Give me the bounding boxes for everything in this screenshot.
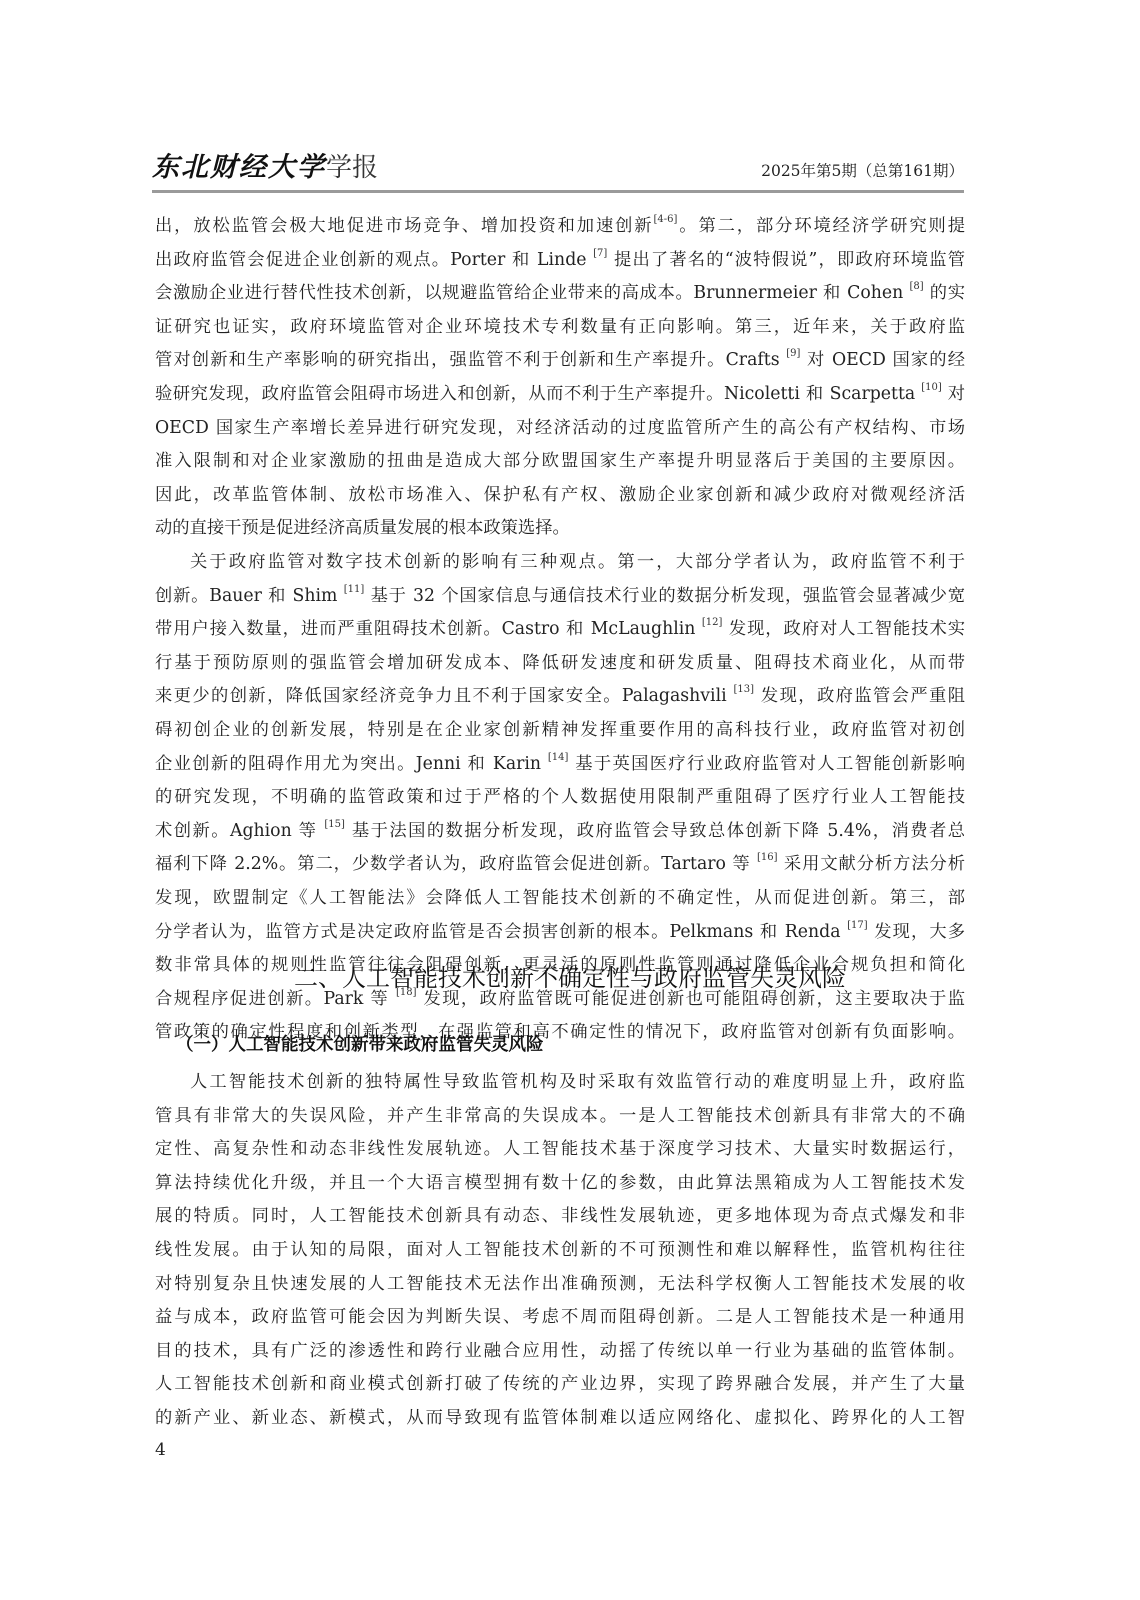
text-segment: 福利下降 2.2%。第二，少数学者认为，政府监管会促进创新。Tartaro 等: [155, 854, 757, 874]
section-heading: 二、人工智能技术创新不确定性与政府监管失灵风险: [0, 958, 1140, 998]
text-line: 术创新。Aghion 等 [15] 基于法国的数据分析发现，政府监管会导致总体创…: [155, 814, 965, 848]
text-segment: 定性、高复杂性和动态非线性发展轨迹。人工智能技术基于深度学习技术、大量实时数据运…: [155, 1139, 965, 1159]
text-line: 的研究发现，不明确的监管政策和过于严格的个人数据使用限制严重阻碍了医疗行业人工智…: [155, 780, 965, 814]
citation-ref: [9]: [786, 348, 800, 359]
text-segment: 基于英国医疗行业政府监管对人工智能创新影响: [568, 754, 965, 774]
text-line: 人工智能技术创新的独特属性导致监管机构及时采取有效监管行动的难度明显上升，政府监: [190, 1065, 965, 1099]
text-segment: 验研究发现，政府监管会阻碍市场进入和创新，从而不利于生产率提升。Nicolett…: [155, 384, 921, 404]
text-line: 管具有非常大的失误风险，并产生非常高的失误成本。一是人工智能技术创新具有非常大的…: [155, 1099, 965, 1133]
text-segment: 线性发展。由于认知的局限，面对人工智能技术创新的不可预测性和难以解释性，监管机构…: [155, 1240, 965, 1260]
citation-ref: [4-6]: [653, 214, 677, 225]
text-line: 准入限制和对企业家激励的扭曲是造成大部分欧盟国家生产率提升明显落后于美国的主要原…: [155, 444, 965, 478]
text-segment: 准入限制和对企业家激励的扭曲是造成大部分欧盟国家生产率提升明显落后于美国的主要原…: [155, 451, 965, 471]
running-header: 东北财经大学学报 2025年第5期（总第161期）: [152, 150, 964, 190]
text-segment: 。第二，部分环境经济学研究则提: [677, 216, 965, 236]
text-line: 因此，改革监管体制、放松市场准入、保护私有产权、激励企业家创新和减少政府对微观经…: [155, 478, 965, 512]
journal-logo: 东北财经大学学报: [152, 150, 378, 186]
text-line: 出政府监管会促进企业创新的观点。Porter 和 Linde [7] 提出了著名…: [155, 243, 965, 277]
text-segment: 发现，政府对人工智能技术实: [722, 619, 965, 639]
citation-ref: [7]: [593, 248, 607, 259]
subsection-heading: （一）人工智能技术创新带来政府监管失灵风险: [176, 1030, 544, 1060]
text-segment: 发现，大多: [868, 922, 965, 942]
text-line: 展的特质。同时，人工智能技术创新具有动态、非线性发展轨迹，更多地体现为奇点式爆发…: [155, 1199, 965, 1233]
text-line: 福利下降 2.2%。第二，少数学者认为，政府监管会促进创新。Tartaro 等 …: [155, 847, 965, 881]
page-number: 4: [155, 1437, 166, 1463]
text-segment: 发现，政府监管会严重阻: [754, 686, 965, 706]
text-segment: 出，放松监管会极大地促进市场竞争、增加投资和加速创新: [155, 216, 653, 236]
citation-ref: [17]: [847, 920, 868, 931]
text-segment: 对 OECD 国家的经: [800, 350, 965, 370]
text-segment: 人工智能技术创新和商业模式创新打破了传统的产业边界，实现了跨界融合发展，并产生了…: [155, 1374, 965, 1394]
text-line: 验研究发现，政府监管会阻碍市场进入和创新，从而不利于生产率提升。Nicolett…: [155, 377, 965, 411]
text-segment: 来更少的创新，降低国家经济竞争力且不利于国家安全。Palagashvili: [155, 686, 734, 706]
citation-ref: [14]: [548, 752, 569, 763]
journal-name-calligraphy: 东北财经大学: [152, 152, 326, 183]
text-segment: 管具有非常大的失误风险，并产生非常高的失误成本。一是人工智能技术创新具有非常大的…: [155, 1106, 965, 1126]
text-segment: 算法持续优化升级，并且一个大语言模型拥有数十亿的参数，由此算法黑箱成为人工智能技…: [155, 1173, 965, 1193]
text-segment: OECD 国家生产率增长差异进行研究发现，对经济活动的过度监管所产生的高公有产权…: [155, 418, 965, 438]
text-line: 创新。Bauer 和 Shim [11] 基于 32 个国家信息与通信技术行业的…: [155, 579, 965, 613]
citation-ref: [8]: [909, 281, 923, 292]
text-segment: 对特别复杂且快速发展的人工智能技术无法作出准确预测，无法科学权衡人工智能技术发展…: [155, 1274, 965, 1294]
text-segment: 的研究发现，不明确的监管政策和过于严格的个人数据使用限制严重阻碍了医疗行业人工智…: [155, 787, 965, 807]
text-segment: 证研究也证实，政府环境监管对企业环境技术专利数量有正向影响。第三，近年来，关于政…: [155, 317, 965, 337]
citation-ref: [12]: [702, 617, 723, 628]
text-segment: 分学者认为，监管方式是决定政府监管是否会损害创新的根本。Pelkmans 和 R…: [155, 922, 847, 942]
text-segment: 企业创新的阻碍作用尤为突出。Jenni 和 Karin: [155, 754, 548, 774]
text-line: 益与成本，政府监管可能会因为判断失误、考虑不周而阻碍创新。二是人工智能技术是一种…: [155, 1300, 965, 1334]
header-rule: [152, 190, 964, 193]
text-segment: 展的特质。同时，人工智能技术创新具有动态、非线性发展轨迹，更多地体现为奇点式爆发…: [155, 1206, 965, 1226]
citation-ref: [15]: [324, 819, 345, 830]
text-line: 管对创新和生产率影响的研究指出，强监管不利于创新和生产率提升。Crafts [9…: [155, 343, 965, 377]
text-segment: 对: [942, 384, 965, 404]
text-line: OECD 国家生产率增长差异进行研究发现，对经济活动的过度监管所产生的高公有产权…: [155, 411, 965, 445]
text-line: 目的技术，具有广泛的渗透性和跨行业融合应用性，动摇了传统以单一行业为基础的监管体…: [155, 1334, 965, 1368]
citation-ref: [11]: [344, 584, 365, 595]
citation-ref: [13]: [734, 684, 755, 695]
text-segment: 目的技术，具有广泛的渗透性和跨行业融合应用性，动摇了传统以单一行业为基础的监管体…: [155, 1341, 965, 1361]
text-segment: 会激励企业进行替代性技术创新，以规避监管给企业带来的高成本。Brunnermei…: [155, 283, 909, 303]
text-segment: 基于 32 个国家信息与通信技术行业的数据分析发现，强监管会显著减少宽: [364, 586, 965, 606]
text-line: 带用户接入数量，进而严重阻碍技术创新。Castro 和 McLaughlin […: [155, 612, 965, 646]
text-segment: 创新。Bauer 和 Shim: [155, 586, 344, 606]
text-segment: 碍初创企业的创新发展，特别是在企业家创新精神发挥重要作用的高科技行业，政府监管对…: [155, 720, 965, 740]
text-line: 发现，欧盟制定《人工智能法》会降低人工智能技术创新的不确定性，从而促进创新。第三…: [155, 881, 965, 915]
text-line: 碍初创企业的创新发展，特别是在企业家创新精神发挥重要作用的高科技行业，政府监管对…: [155, 713, 965, 747]
text-line: 来更少的创新，降低国家经济竞争力且不利于国家安全。Palagashvili [1…: [155, 679, 965, 713]
text-segment: 管对创新和生产率影响的研究指出，强监管不利于创新和生产率提升。Crafts: [155, 350, 786, 370]
text-segment: 因此，改革监管体制、放松市场准入、保护私有产权、激励企业家创新和减少政府对微观经…: [155, 485, 965, 505]
text-line: 动的直接干预是促进经济高质量发展的根本政策选择。: [155, 511, 965, 545]
text-segment: 采用文献分析方法分析: [778, 854, 966, 874]
text-segment: 出政府监管会促进企业创新的观点。Porter 和 Linde: [155, 250, 593, 270]
text-line: 人工智能技术创新和商业模式创新打破了传统的产业边界，实现了跨界融合发展，并产生了…: [155, 1367, 965, 1401]
text-segment: 行基于预防原则的强监管会增加研发成本、降低研发速度和研发质量、阻碍技术商业化，从…: [155, 653, 965, 673]
text-segment: 带用户接入数量，进而严重阻碍技术创新。Castro 和 McLaughlin: [155, 619, 702, 639]
text-segment: 人工智能技术创新的独特属性导致监管机构及时采取有效监管行动的难度明显上升，政府监: [190, 1072, 965, 1092]
text-line: 算法持续优化升级，并且一个大语言模型拥有数十亿的参数，由此算法黑箱成为人工智能技…: [155, 1166, 965, 1200]
text-segment: 益与成本，政府监管可能会因为判断失误、考虑不周而阻碍创新。二是人工智能技术是一种…: [155, 1307, 965, 1327]
text-line: 定性、高复杂性和动态非线性发展轨迹。人工智能技术基于深度学习技术、大量实时数据运…: [155, 1132, 965, 1166]
citation-ref: [16]: [757, 852, 778, 863]
text-line: 关于政府监管对数字技术创新的影响有三种观点。第一，大部分学者认为，政府监管不利于: [190, 545, 965, 579]
text-segment: 发现，欧盟制定《人工智能法》会降低人工智能技术创新的不确定性，从而促进创新。第三…: [155, 888, 965, 908]
journal-page: 东北财经大学学报 2025年第5期（总第161期） 出，放松监管会极大地促进市场…: [0, 0, 1140, 1600]
text-segment: 基于法国的数据分析发现，政府监管会导致总体创新下降 5.4%，消费者总: [345, 821, 965, 841]
issue-info: 2025年第5期（总第161期）: [761, 160, 964, 182]
text-segment: 的实: [924, 283, 965, 303]
text-segment: 提出了著名的“波特假说”，即政府环境监管: [607, 250, 965, 270]
text-line: 对特别复杂且快速发展的人工智能技术无法作出准确预测，无法科学权衡人工智能技术发展…: [155, 1267, 965, 1301]
text-segment: 的新产业、新业态、新模式，从而导致现有监管体制难以适应网络化、虚拟化、跨界化的人…: [155, 1408, 965, 1428]
text-line: 的新产业、新业态、新模式，从而导致现有监管体制难以适应网络化、虚拟化、跨界化的人…: [155, 1401, 965, 1435]
journal-name-suffix: 学报: [326, 153, 378, 183]
text-line: 企业创新的阻碍作用尤为突出。Jenni 和 Karin [14] 基于英国医疗行…: [155, 747, 965, 781]
text-segment: 动的直接干预是促进经济高质量发展的根本政策选择。: [155, 518, 570, 538]
text-line: 线性发展。由于认知的局限，面对人工智能技术创新的不可预测性和难以解释性，监管机构…: [155, 1233, 965, 1267]
text-line: 出，放松监管会极大地促进市场竞争、增加投资和加速创新[4-6]。第二，部分环境经…: [155, 209, 965, 243]
text-line: 行基于预防原则的强监管会增加研发成本、降低研发速度和研发质量、阻碍技术商业化，从…: [155, 646, 965, 680]
text-segment: 关于政府监管对数字技术创新的影响有三种观点。第一，大部分学者认为，政府监管不利于: [190, 552, 965, 572]
citation-ref: [10]: [921, 382, 942, 393]
text-segment: 术创新。Aghion 等: [155, 821, 324, 841]
text-line: 分学者认为，监管方式是决定政府监管是否会损害创新的根本。Pelkmans 和 R…: [155, 915, 965, 949]
text-line: 会激励企业进行替代性技术创新，以规避监管给企业带来的高成本。Brunnermei…: [155, 276, 965, 310]
text-line: 证研究也证实，政府环境监管对企业环境技术专利数量有正向影响。第三，近年来，关于政…: [155, 310, 965, 344]
